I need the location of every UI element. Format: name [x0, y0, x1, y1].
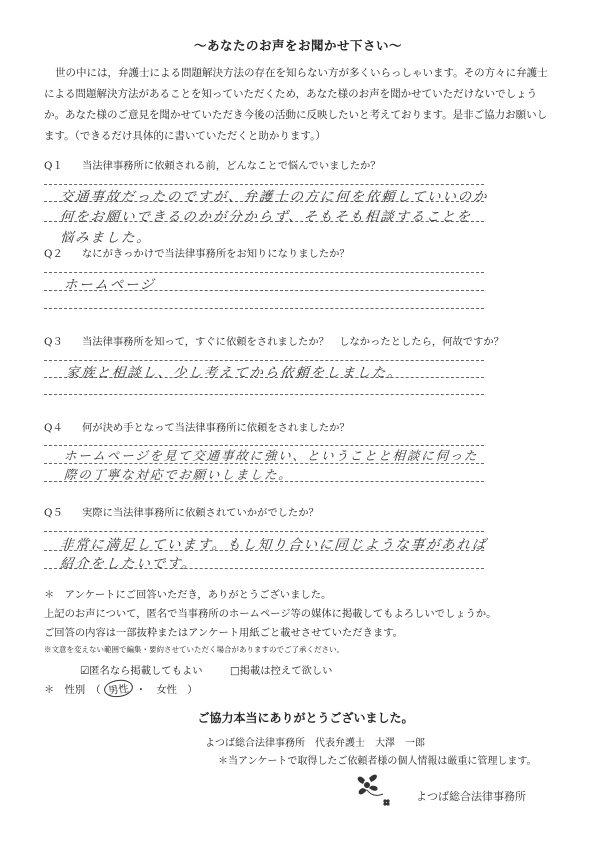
footer-thanks: ご協力本当にありがとうございました。	[0, 709, 596, 726]
page-title: ～あなたのお声をお聞かせ下さい～	[0, 36, 596, 54]
answer-line	[44, 308, 484, 309]
question-5: Q５実際に当法律事務所に依頼されていかがでしたか？	[44, 504, 319, 519]
answer-1-line-3: 悩みました。	[59, 226, 152, 246]
answer-1-line-2: 何をお願いできるのかが分からず、そもそも相談することを	[59, 205, 472, 225]
answer-5-line-1: 非常に満足しています。もし知り合いに同じような事があれば	[59, 533, 488, 553]
answer-line	[44, 394, 484, 395]
privacy-note: ＊当アンケートで取得したご依頼者様の個人情報は厳重に管理します。	[218, 752, 537, 767]
intro-text: 世の中には，弁護士による問題解決方法の存在を知らない方が多くいらっしゃいます。そ…	[44, 63, 556, 147]
option-anonymous-checkbox[interactable]: ☑匿名なら掲載してもよい	[80, 662, 203, 677]
gender-row: ＊ 性別 （ 男性 ・ 女性 ）	[44, 680, 198, 697]
question-3: Q３当法律事務所を知って，すぐに依頼をされましたか？ しなかったとしたら，何故で…	[44, 333, 504, 348]
thanks-note: ＊ アンケートにご回答いただき，ありがとうございました。	[44, 586, 331, 601]
logo-text: よつば総合法律事務所	[416, 788, 526, 804]
answer-line	[44, 531, 484, 532]
gender-female[interactable]: ・ 女性 ）	[136, 684, 198, 696]
answer-2-line-1: ホームページ	[63, 273, 156, 293]
option-decline-checkbox[interactable]: □掲載は控えて欲しい	[230, 662, 332, 677]
question-2: Q２なにがきっかけで当法律事務所をお知りになりましたか？	[44, 245, 350, 260]
gender-male-selected[interactable]: 男性	[103, 678, 134, 699]
edit-note: ※文意を変えない範囲で編集・要約させていただく場合がありますのでご了承ください。	[44, 644, 344, 655]
publish-question: 上記のお声について，匿名で当事務所のホームページ等の媒体に掲載してもよろしいでし…	[44, 605, 496, 620]
question-4: Q４何が決め手となって当法律事務所に依頼をされましたか？	[44, 419, 350, 434]
clover-icon	[355, 770, 395, 810]
answer-4-line-2: 際の丁寧な対応でお願いしました。	[63, 465, 293, 483]
publish-detail: ご回答の内容は一部抜粋またはアンケート用紙ごと載せさせていただきます。	[44, 624, 403, 639]
answer-1-line-1: 交通事故だったのですが、弁護士の方に何を依頼していいのか	[59, 185, 489, 205]
answer-4-line-1: ホームページを見て交通事故に強い、ということと相談に伺った	[63, 446, 479, 464]
answer-5-line-2: 紹介をしたいです。	[59, 552, 197, 572]
question-1: Q１当法律事務所に依頼される前，どんなことで悩んでいましたか？	[44, 157, 381, 172]
signature: よつば総合法律事務所 代表弁護士 大澤 一郎	[205, 734, 425, 749]
answer-3-line-1: 家族と相談し、少し考えてから依頼をしました。	[65, 361, 403, 381]
